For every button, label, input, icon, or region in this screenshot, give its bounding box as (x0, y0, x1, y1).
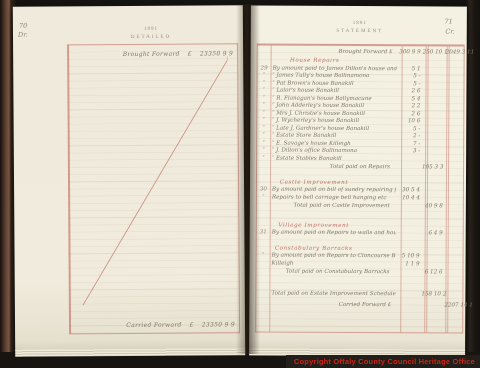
row-margin: ″ (257, 133, 270, 139)
amount-inner: 2 2 (396, 103, 422, 109)
row-description: By amount paid to James Dillon's house a… (271, 65, 397, 72)
amount-inner: 10 6 (396, 118, 422, 124)
row-description: Carried Forward £ (269, 302, 395, 309)
row-description: House Repairs (271, 58, 397, 65)
amount-inner: 3 - (396, 148, 422, 154)
left-side-label: Dr. (18, 32, 28, 39)
amount-inner: 5 - (396, 126, 422, 132)
right-ruled-area: Brought Forward £300 9 9250 10 12049 3 1… (255, 43, 465, 333)
ledger-row: Brought Forward £300 9 9250 10 12049 3 1… (258, 47, 464, 56)
row-description: ″ J. Wycherley's house Banakill (270, 118, 396, 125)
left-folio-number: 70 (19, 23, 27, 30)
amount-inner: 5 - (397, 73, 423, 79)
ledger-row: ″Repairs to bell carriage bell hanging e… (257, 193, 463, 202)
amount-inner: 1 1 9 (396, 261, 422, 267)
amount-inner: 2 - (396, 133, 422, 139)
amount-outer: 2049 3 11 (446, 49, 464, 55)
ledger-scan: 70 Dr. 1891 DETAILED Brought Forward £ 2… (0, 0, 480, 368)
row-margin: ″ (257, 125, 270, 131)
row-description: Village Improvement (270, 222, 396, 229)
amount-inner: 5 10 9 (396, 253, 422, 259)
ledger-row: Total paid on Castle Improvement40 9 8 (257, 202, 463, 211)
row-description: Total paid on Constabulary Barracks (269, 269, 395, 276)
row-description: ″ Mrs J. Christie's house Banakill (270, 110, 396, 117)
amount-inner: 5 4 (396, 96, 422, 102)
row-margin: 31 (257, 230, 270, 236)
row-description: ″ R. Flanagan's house Ballymacune (270, 95, 396, 102)
ledger-row: Carried Forward £2207 14 1 (256, 301, 462, 310)
row-margin: 30 (257, 187, 270, 193)
amount-inner: 5 1 (397, 66, 423, 72)
row-description: ″ Estate Stables Banakill (270, 155, 396, 162)
amount-mid: 105 3 3 (422, 165, 445, 171)
amount-inner: 2 6 (396, 88, 422, 94)
brought-forward-label: Brought Forward (123, 51, 180, 58)
row-description: Total paid on Estate Improvement Schedul… (269, 290, 395, 297)
row-margin: ″ (257, 103, 270, 109)
brought-forward-amount: 23350 9 9 (200, 50, 233, 57)
left-brought-forward: Brought Forward £ 23350 9 9 (123, 50, 233, 58)
right-page-heading: STATEMENT (257, 28, 463, 34)
ledger-row: 31By amount paid on Repairs to walls and… (257, 229, 463, 238)
amount-mid: 250 10 1 (423, 49, 446, 55)
row-description: Repairs to bell carriage bell hanging et… (270, 194, 396, 201)
ledger-row: Total paid on Constabulary Barracks6 12 … (256, 268, 462, 277)
row-margin: ″ (257, 118, 270, 124)
row-description: ″ Pat Brown's house Banakill (270, 80, 396, 87)
row-margin: ″ (258, 73, 271, 79)
ledger-rows: Brought Forward £300 9 9250 10 12049 3 1… (256, 47, 463, 309)
row-description: ″ James Tully's house Ballinamona (271, 73, 397, 80)
carried-forward-amount: 23350 9 9 (202, 321, 235, 328)
currency-symbol: £ (188, 51, 192, 58)
ledger-row: Total paid on Estate Improvement Schedul… (256, 289, 462, 298)
amount-inner: 7 - (396, 141, 422, 147)
row-margin: ″ (257, 194, 270, 200)
left-carried-forward: Carried Forward £ 23350 9 9 (126, 321, 235, 329)
row-margin: ″ (257, 88, 270, 94)
void-diagonal-line (69, 44, 239, 333)
row-description: By amount paid on Repairs to walls and h… (270, 230, 396, 237)
row-description: ″ John Adderley's house Banakill (270, 103, 396, 110)
row-description: Castle Improvement (270, 179, 396, 186)
left-page-heading: DETAILED (67, 34, 235, 40)
amount-mid: 6 12 6 (421, 270, 444, 276)
left-ruled-area: Brought Forward £ 23350 9 9 Carried Forw… (67, 43, 240, 334)
row-margin: ″ (257, 95, 270, 101)
ledger-row: ″″ Estate Stables Banakill (257, 154, 463, 163)
carried-forward-label: Carried Forward (126, 322, 181, 329)
amount-inner: 300 9 9 (397, 49, 423, 55)
right-year: 1891 (257, 20, 463, 26)
row-description: By amount paid on Repairs to Cloncourse … (270, 253, 396, 260)
left-year: 1891 (67, 26, 235, 32)
row-margin: ″ (257, 148, 270, 154)
amount-mid: 6 4 9 (422, 231, 445, 237)
row-margin: ″ (257, 80, 270, 86)
amount-inner: 10 4 4 (396, 195, 422, 201)
row-description: ″ Estate Store Banakill (270, 133, 396, 140)
copyright-text: Copyright Offaly County Council Heritage… (294, 357, 475, 366)
amount-inner: 5 - (396, 81, 422, 87)
amount-inner: 2 6 (396, 111, 422, 117)
row-description: ″ J. Dillon's office Ballinamona (270, 148, 396, 155)
right-page: 71 Cr. 1891 STATEMENT Brought Forward £3… (249, 5, 467, 350)
row-margin: ″ (257, 155, 270, 161)
amount-outer: 2207 14 1 (444, 303, 462, 309)
ledger-row: Total paid on Repairs105 3 3 (257, 163, 463, 172)
amount-mid: 158 10 2 (421, 291, 444, 297)
row-description: ″ Lalor's house Banakill (270, 88, 396, 95)
row-margin: 29 (258, 65, 271, 71)
amount-inner: 30 5 4 (396, 187, 422, 193)
left-page: 70 Dr. 1891 DETAILED Brought Forward £ 2… (13, 5, 245, 351)
row-description: Total paid on Castle Improvement (270, 203, 396, 210)
row-description: ″ Late J. Gardiner's house Banakill (270, 125, 396, 132)
row-description: Brought Forward £ (271, 48, 397, 55)
amount-mid: 40 9 8 (422, 204, 445, 210)
row-margin: ″ (257, 140, 270, 146)
copyright-bar: Copyright Offaly County Council Heritage… (286, 355, 480, 368)
row-description: Total paid on Repairs (270, 164, 396, 171)
row-description: ″ E. Savage's house Killeigh (270, 140, 396, 147)
row-margin: ″ (257, 110, 270, 116)
row-description: Constabulary Barracks (270, 245, 396, 252)
row-description: Killeigh (270, 260, 396, 267)
row-description: By amount paid on bill of sundry repairi… (270, 187, 396, 194)
row-margin: ″ (257, 253, 270, 259)
currency-symbol: £ (190, 322, 194, 329)
ledger-row: Killeigh1 1 9 (257, 259, 463, 268)
